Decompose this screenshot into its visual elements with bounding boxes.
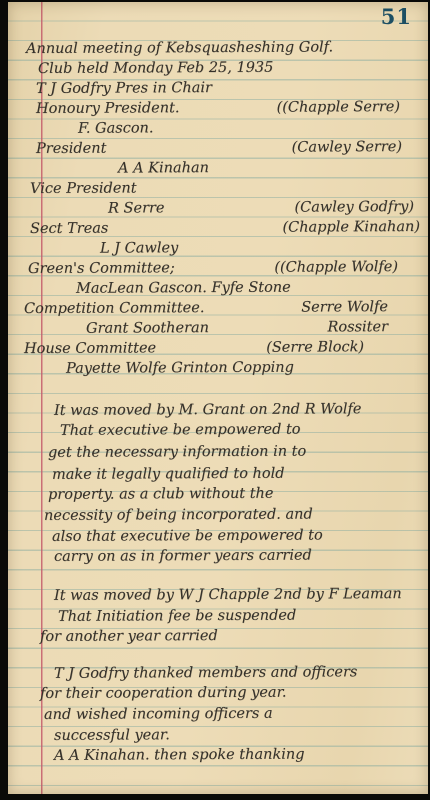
handwritten-line: R Serre(Cawley Godfry) — [8, 197, 428, 219]
line-text: Vice President — [30, 178, 137, 199]
scanned-ledger-page: 51 Annual meeting of Kebsquasheshing Gol… — [0, 0, 430, 800]
line-text-right: ((Chapple Wolfe) — [274, 257, 398, 278]
line-text: A A Kinahan — [118, 158, 209, 178]
line-text: That executive be empowered to — [60, 420, 301, 441]
handwritten-line: necessity of being incorporated. and — [8, 504, 428, 526]
handwritten-line: Annual meeting of Kebsquasheshing Golf. — [8, 38, 428, 59]
line-text: R Serre — [108, 198, 165, 218]
line-text: President — [36, 139, 106, 159]
line-text: get the necessary information in to — [48, 442, 306, 463]
line-text: for another year carried — [40, 626, 218, 647]
line-text: Green's Committee; — [28, 258, 175, 279]
handwritten-minutes: Annual meeting of Kebsquasheshing Golf.C… — [8, 38, 428, 794]
handwritten-line: successful year. — [8, 724, 428, 746]
line-text: House Committee — [24, 338, 156, 359]
line-text-right: (Serre Block) — [266, 337, 364, 358]
handwritten-line: Honoury President.((Chapple Serre) — [8, 97, 428, 119]
line-text-right: (Chapple Kinahan) — [282, 217, 420, 238]
handwritten-line: Competition Committee.Serre Wolfe — [8, 297, 428, 319]
line-text: property. as a club without the — [48, 484, 274, 505]
line-text: It was moved by M. Grant on 2nd R Wolfe — [54, 399, 361, 421]
line-text: for their cooperation during year. — [40, 683, 287, 704]
line-text: make it legally qualified to hold — [52, 464, 285, 485]
line-text-right: Serre Wolfe — [301, 297, 388, 317]
line-text: F. Gascon. — [78, 118, 154, 138]
handwritten-line: and wished incoming officers a — [8, 703, 428, 725]
line-text: It was moved by W J Chapple 2nd by F Lea… — [54, 584, 402, 606]
line-text: That Initiation fee be suspended — [58, 606, 296, 627]
handwritten-line: for their cooperation during year. — [8, 682, 428, 704]
handwritten-line: L J Cawley — [8, 237, 428, 259]
handwritten-line: That executive be empowered to — [8, 419, 428, 441]
line-text: and wished incoming officers a — [44, 704, 273, 725]
handwritten-line: T J Godfry thanked members and officers — [8, 662, 428, 684]
line-text: successful year. — [54, 725, 170, 746]
handwritten-line: T J Godfry Pres in Chair — [8, 77, 428, 99]
handwritten-line: property. as a club without the — [8, 483, 428, 505]
handwritten-line: House Committee(Serre Block) — [8, 337, 428, 359]
line-text: Sect Treas — [30, 219, 108, 239]
handwritten-line: Club held Monday Feb 25, 1935 — [8, 57, 428, 79]
handwritten-line: also that executive be empowered to — [8, 525, 428, 547]
line-text-right: (Cawley Godfry) — [294, 197, 414, 218]
line-text: Grant Sootheran — [86, 318, 209, 339]
handwritten-line: Payette Wolfe Grinton Copping — [8, 357, 428, 379]
ledger-paper: 51 Annual meeting of Kebsquasheshing Gol… — [8, 2, 428, 794]
handwritten-line: A A Kinahan — [8, 157, 428, 179]
line-text: L J Cawley — [100, 238, 178, 258]
handwritten-line: get the necessary information in to — [8, 441, 428, 463]
line-text: carry on as in former years carried — [54, 546, 312, 567]
handwritten-line: Sect Treas(Chapple Kinahan) — [8, 217, 428, 239]
line-text: Payette Wolfe Grinton Copping — [66, 358, 294, 379]
handwritten-line: carry on as in former years carried — [8, 545, 428, 567]
line-text-right: (Cawley Serre) — [291, 137, 402, 158]
line-text: Competition Committee. — [24, 298, 205, 319]
handwritten-line: MacLean Gascon. Fyfe Stone — [8, 277, 428, 299]
line-text-right: ((Chapple Serre) — [277, 97, 401, 118]
page-number: 51 — [381, 4, 412, 29]
handwritten-line: Vice President — [8, 177, 428, 199]
line-text: also that executive be empowered to — [52, 525, 323, 546]
line-text: Club held Monday Feb 25, 1935 — [38, 58, 273, 79]
line-text: T J Godfry thanked members and officers — [54, 662, 357, 684]
line-text: Honoury President. — [36, 98, 180, 119]
handwritten-line: make it legally qualified to hold — [8, 463, 428, 485]
handwritten-line: That Initiation fee be suspended — [8, 605, 428, 627]
line-text: Annual meeting of Kebsquasheshing Golf. — [26, 38, 333, 59]
handwritten-line: A A Kinahan. then spoke thanking — [8, 744, 428, 766]
handwritten-line: Grant SootheranRossiter — [8, 317, 428, 339]
line-text: A A Kinahan. then spoke thanking — [54, 745, 305, 766]
handwritten-line: President(Cawley Serre) — [8, 137, 428, 159]
handwritten-line: Green's Committee;((Chapple Wolfe) — [8, 257, 428, 279]
handwritten-line: F. Gascon. — [8, 117, 428, 139]
line-text: necessity of being incorporated. and — [44, 505, 313, 526]
handwritten-line: It was moved by M. Grant on 2nd R Wolfe — [8, 399, 428, 421]
handwritten-line: for another year carried — [8, 625, 428, 647]
line-text: T J Godfry Pres in Chair — [36, 78, 212, 99]
handwritten-line: It was moved by W J Chapple 2nd by F Lea… — [8, 584, 428, 606]
line-text: MacLean Gascon. Fyfe Stone — [76, 278, 291, 299]
line-text-right: Rossiter — [327, 317, 388, 337]
